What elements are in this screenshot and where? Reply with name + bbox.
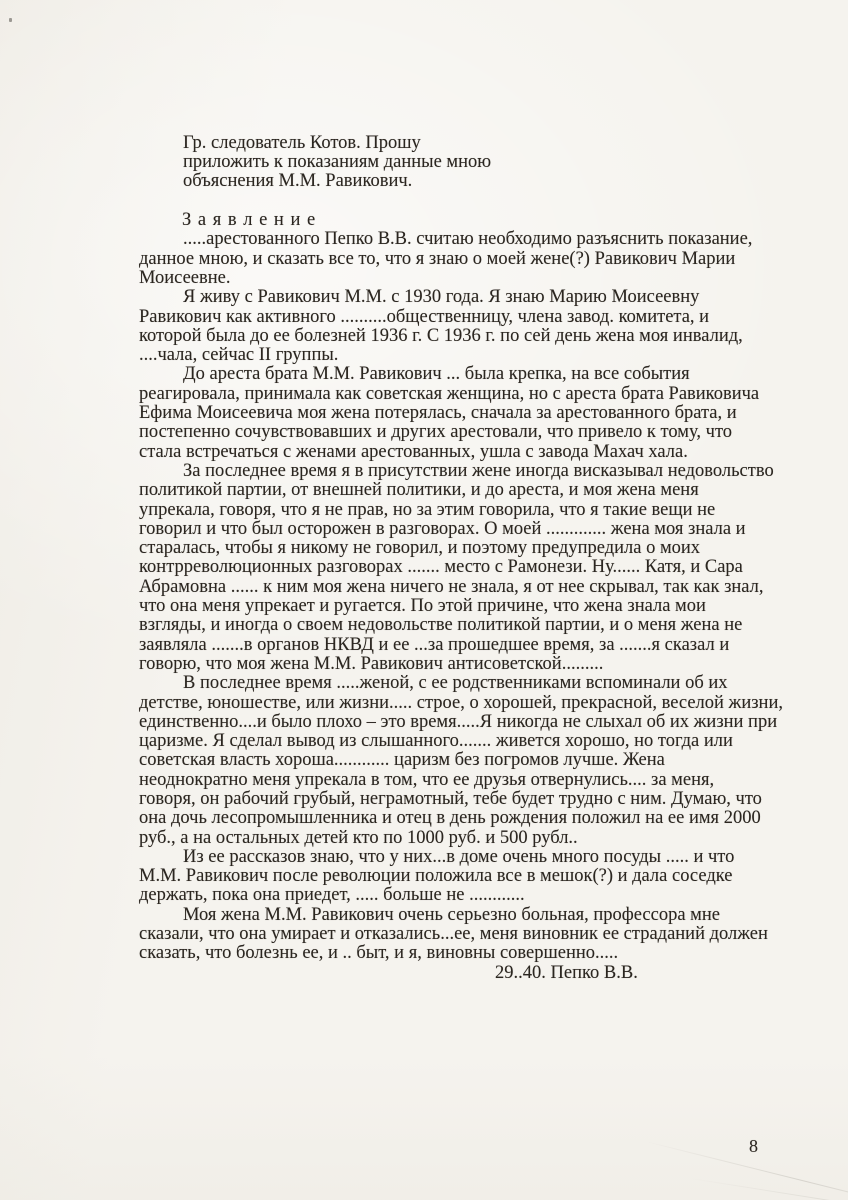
text-line: царизме. Я сделал вывод из слышанного...… [139,732,839,751]
line-text: Ефима Моисеевича моя жена потерялась, сн… [139,403,737,423]
line-text: говоря, он рабочий грубый, неграмотный, … [139,789,762,809]
line-text: В последнее время .....женой, с ее родст… [183,673,728,693]
line-text: сказали, что она умирает и отказались...… [139,924,768,944]
text-line: Ефима Моисеевича моя жена потерялась, сн… [139,404,839,423]
line-text: говорил и что был осторожен в разговорах… [139,519,746,539]
text-line: держать, пока она приедет, ..... больше … [139,886,839,905]
line-text: контрреволюционных разговорах ....... ме… [139,557,743,577]
line-text: единственно....и было плохо – это время.… [139,712,777,732]
text-line: Моисеевне. [139,269,839,288]
text-line: говорю, что моя жена М.М. Равикович анти… [139,655,839,674]
line-text: что она меня упрекает и ругается. По это… [139,596,706,616]
line-text: За последнее время я в присутствии жене … [183,461,774,481]
text-line: советская власть хороша............ цари… [139,751,839,770]
scan-speck-artifact [9,18,12,22]
text-line: приложить к показаниям данные мною [139,153,839,172]
text-line: упрекала, говоря, что я не прав, но за э… [139,501,839,520]
line-text: сказать, что болезнь ее, и .. быт, и я, … [139,943,618,963]
line-text: заявляла .......в органов НКВД и ее ...з… [139,635,729,655]
text-line: контрреволюционных разговорах ....... ме… [139,558,839,577]
line-text: политикой партии, от внешней политики, и… [139,480,699,500]
line-text: постепенно сочувствовавших и других арес… [139,422,732,442]
text-line: старалась, чтобы я никому не говорил, и … [139,539,839,558]
text-line: ....чала, сейчас II группы. [139,346,839,365]
line-text: Гр. следователь Котов. Прошу [183,133,421,153]
text-line: сказать, что болезнь ее, и .. быт, и я, … [139,944,839,963]
text-line: Равикович как активного ..........общест… [139,308,839,327]
line-text: Абрамовна ...... к ним моя жена ничего н… [139,577,764,597]
line-text: говорю, что моя жена М.М. Равикович анти… [139,654,603,674]
line-text: царизме. Я сделал вывод из слышанного...… [139,731,733,751]
paper-crease [641,1140,848,1199]
scanned-document-page: Гр. следователь Котов. Прошуприложить к … [0,0,848,1200]
text-line: Абрамовна ...... к ним моя жена ничего н… [139,578,839,597]
line-text: 29..40. Пепко В.В. [495,963,638,983]
text-line: детстве, юношестве, или жизни..... строе… [139,694,839,713]
line-text: Я живу с Равикович М.М. с 1930 года. Я з… [183,287,699,307]
text-line: взгляды, и иногда о своем недовольстве п… [139,616,839,635]
text-line: За последнее время я в присутствии жене … [139,462,839,481]
text-line: Я живу с Равикович М.М. с 1930 года. Я з… [139,288,839,307]
text-line: она дочь лесопромышленника и отец в день… [139,809,839,828]
text-line: говорил и что был осторожен в разговорах… [139,520,839,539]
line-text: .....арестованного Пепко В.В. считаю нео… [183,229,752,249]
document-body-text: Гр. следователь Котов. Прошуприложить к … [139,76,839,983]
text-line [139,192,839,211]
line-text: М.М. Равикович после революции положила … [139,866,732,886]
line-text: взгляды, и иногда о своем недовольстве п… [139,615,742,635]
line-text: Моисеевне. [139,268,230,288]
text-line: что она меня упрекает и ругается. По это… [139,597,839,616]
text-line: сказали, что она умирает и отказались...… [139,925,839,944]
line-text: ....чала, сейчас II группы. [139,345,338,365]
line-text: держать, пока она приедет, ..... больше … [139,885,525,905]
text-line: говоря, он рабочий грубый, неграмотный, … [139,790,839,809]
text-line: Гр. следователь Котов. Прошу [139,134,839,153]
line-text: старалась, чтобы я никому не говорил, и … [139,538,700,558]
text-line: неоднократно меня упрекала в том, что ее… [139,771,839,790]
line-text: Из ее рассказов знаю, что у них...в доме… [183,847,734,867]
page-number: 8 [749,1136,758,1157]
text-line: единственно....и было плохо – это время.… [139,713,839,732]
text-line: М.М. Равикович после революции положила … [139,867,839,886]
line-text: стала встречаться с женами арестованных,… [139,442,688,462]
text-line: которой была до ее болезней 1936 г. С 19… [139,327,839,346]
line-text: объяснения М.М. Равикович. [183,171,412,191]
line-text: упрекала, говоря, что я не прав, но за э… [139,500,715,520]
line-text: руб., а на остальных детей кто по 1000 р… [139,828,578,848]
line-text: данное мною, и сказать все то, что я зна… [139,249,735,269]
text-line: Из ее рассказов знаю, что у них...в доме… [139,848,839,867]
line-text: До ареста брата М.М. Равикович ... была … [183,364,690,384]
line-text: З а я в л е н и е [182,210,316,230]
text-line: З а я в л е н и е [139,211,839,230]
line-text: она дочь лесопромышленника и отец в день… [139,808,761,828]
text-line: стала встречаться с женами арестованных,… [139,443,839,462]
text-line: .....арестованного Пепко В.В. считаю нео… [139,230,839,249]
text-line: заявляла .......в органов НКВД и ее ...з… [139,636,839,655]
text-line: постепенно сочувствовавших и других арес… [139,423,839,442]
text-line: политикой партии, от внешней политики, и… [139,481,839,500]
line-text: реагировала, принимала как советская жен… [139,384,759,404]
text-line: объяснения М.М. Равикович. [139,172,839,191]
line-text: Равикович как активного ..........общест… [139,307,709,327]
text-line: В последнее время .....женой, с ее родст… [139,674,839,693]
line-text: которой была до ее болезней 1936 г. С 19… [139,326,743,346]
text-line: 29..40. Пепко В.В. [139,964,839,983]
text-line: данное мною, и сказать все то, что я зна… [139,250,839,269]
line-text: неоднократно меня упрекала в том, что ее… [139,770,714,790]
line-text: Моя жена М.М. Равикович очень серьезно б… [183,905,720,925]
paper-crease [689,1178,848,1200]
line-text: приложить к показаниям данные мною [183,152,491,172]
text-line: Моя жена М.М. Равикович очень серьезно б… [139,906,839,925]
text-line: До ареста брата М.М. Равикович ... была … [139,365,839,384]
text-line: руб., а на остальных детей кто по 1000 р… [139,829,839,848]
line-text: советская власть хороша............ цари… [139,750,665,770]
text-line: реагировала, принимала как советская жен… [139,385,839,404]
line-text: детстве, юношестве, или жизни..... строе… [139,693,783,713]
